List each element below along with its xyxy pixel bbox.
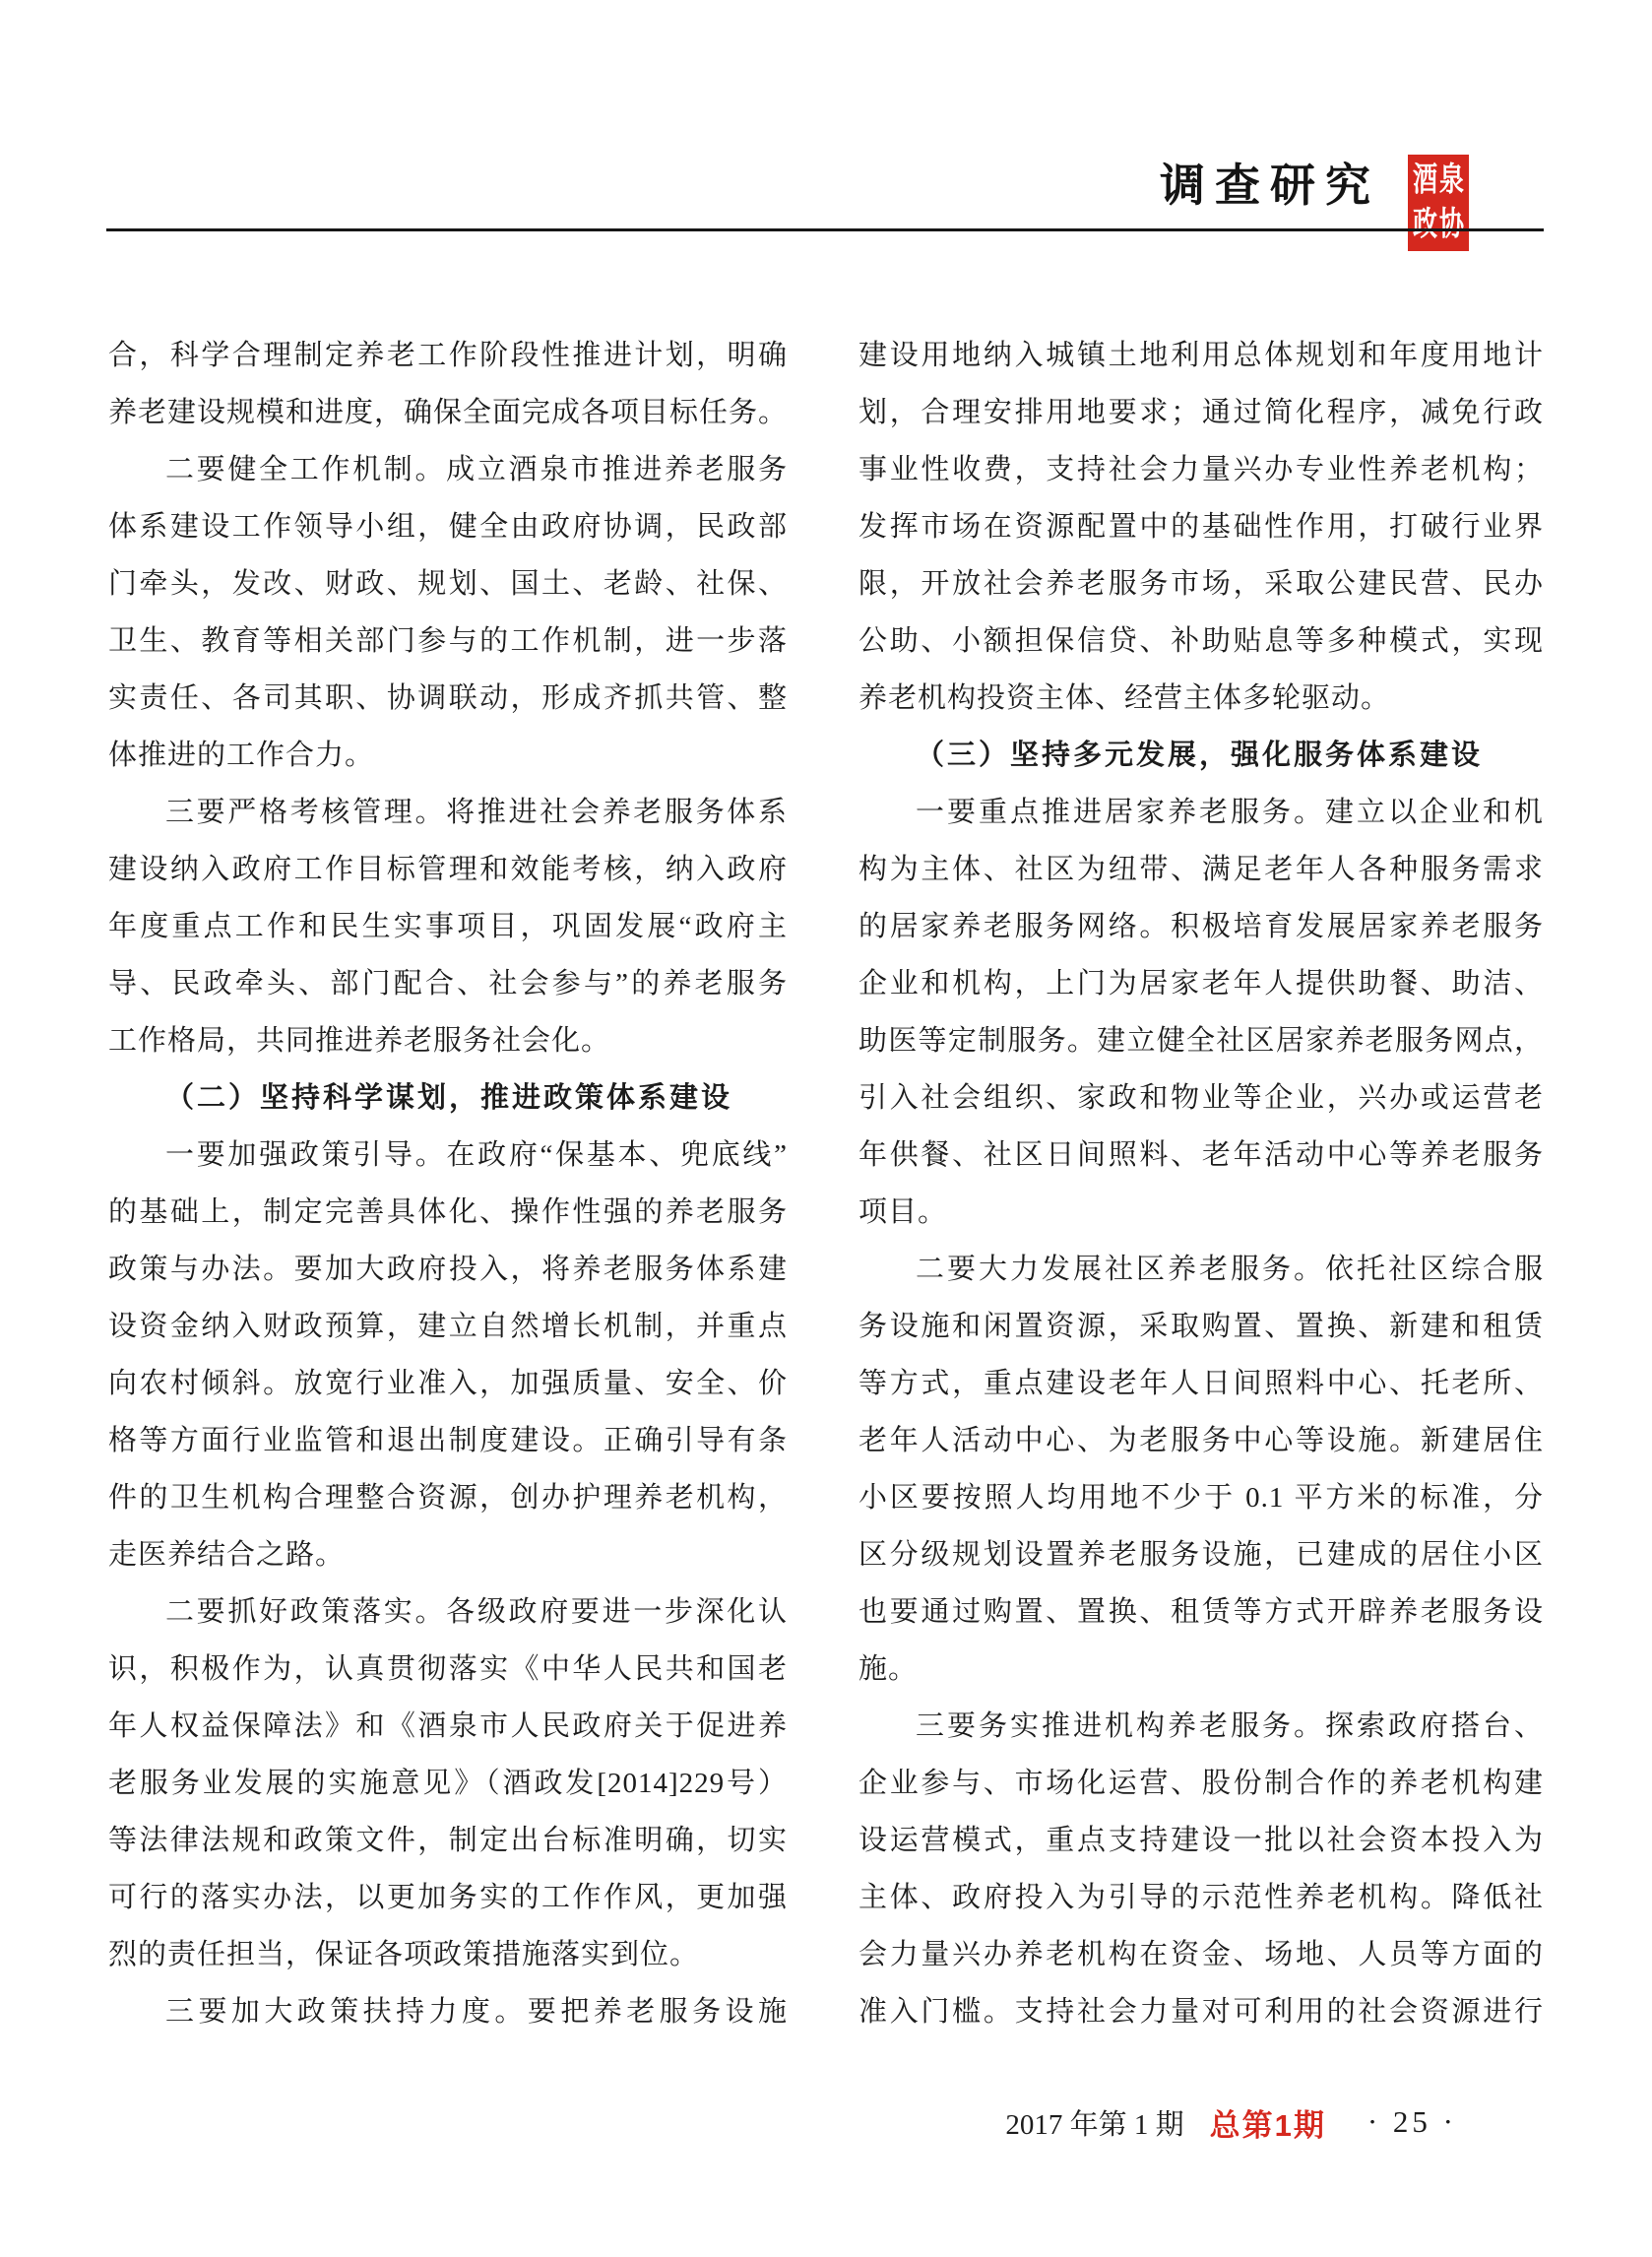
text-line: 三要加大政策扶持力度。要把养老服务设施 (108, 1983, 788, 2040)
text-line: 限，开放社会养老服务市场，采取公建民营、民办 (858, 555, 1544, 613)
text-line: 也要通过购置、置换、租赁等方式开辟养老服务设 (858, 1583, 1544, 1641)
text-line: 门牵头，发改、财政、规划、国土、老龄、社保、 (108, 555, 788, 613)
text-line: 三要严格考核管理。将推进社会养老服务体系 (108, 784, 788, 841)
text-line: 会力量兴办养老机构在资金、场地、人员等方面的 (858, 1926, 1544, 1983)
text-line: 发挥市场在资源配置中的基础性作用，打破行业界 (858, 498, 1544, 555)
text-line: 二要健全工作机制。成立酒泉市推进养老服务 (108, 441, 788, 498)
header-divider-line (106, 228, 1544, 231)
text-line: 企业和机构，上门为居家老年人提供助餐、助洁、 (858, 955, 1544, 1012)
text-line: 三要务实推进机构养老服务。探索政府搭台、 (858, 1698, 1544, 1755)
journal-seal: 酒泉政协 (1408, 155, 1469, 251)
text-line: 设运营模式，重点支持建设一批以社会资本投入为 (858, 1812, 1544, 1869)
text-line: 建设用地纳入城镇土地利用总体规划和年度用地计 (858, 327, 1544, 384)
text-line: 构为主体、社区为纽带、满足老年人各种服务需求 (858, 841, 1544, 898)
text-line: 体系建设工作领导小组，健全由政府协调，民政部 (108, 498, 788, 555)
text-line: 划，合理安排用地要求；通过简化程序，减免行政 (858, 384, 1544, 441)
text-line: 一要重点推进居家养老服务。建立以企业和机 (858, 784, 1544, 841)
text-line: 年供餐、社区日间照料、老年活动中心等养老服务 (858, 1127, 1544, 1184)
text-line: 二要大力发展社区养老服务。依托社区综合服 (858, 1241, 1544, 1298)
subsection-heading: （二）坚持科学谋划，推进政策体系建设 (108, 1069, 788, 1127)
seal-character: 酒 (1413, 164, 1437, 198)
page-number: · 25 · (1367, 2104, 1457, 2140)
issue-label: 2017 年第 1 期 (1005, 2102, 1183, 2143)
text-line: 项目。 (858, 1184, 1544, 1241)
text-line: 准入门槛。支持社会力量对可利用的社会资源进行 (858, 1983, 1544, 2040)
text-line: 的居家养老服务网络。积极培育发展居家养老服务 (858, 898, 1544, 955)
text-line: 政策与办法。要加大政府投入，将养老服务体系建 (108, 1241, 788, 1298)
text-line: 助医等定制服务。建立健全社区居家养老服务网点， (858, 1012, 1544, 1069)
text-line: 老年人活动中心、为老服务中心等设施。新建居住 (858, 1412, 1544, 1469)
text-line: 格等方面行业监管和退出制度建设。正确引导有条 (108, 1412, 788, 1469)
text-line: 工作格局，共同推进养老服务社会化。 (108, 1012, 788, 1069)
text-line: 施。 (858, 1641, 1544, 1698)
text-line: 养老建设规模和进度，确保全面完成各项目标任务。 (108, 384, 788, 441)
text-line: 务设施和闲置资源，采取购置、置换、新建和租赁 (858, 1298, 1544, 1355)
text-line: 识，积极作为，认真贯彻落实《中华人民共和国老 (108, 1641, 788, 1698)
text-line: 件的卫生机构合理整合资源，创办护理养老机构， (108, 1469, 788, 1526)
seal-character: 协 (1439, 209, 1464, 242)
text-line: 可行的落实办法，以更加务实的工作作风，更加强 (108, 1869, 788, 1926)
text-line: 导、民政牵头、部门配合、社会参与”的养老服务 (108, 955, 788, 1012)
text-line: 小区要按照人均用地不少于 0.1 平方米的标准，分 (858, 1469, 1544, 1526)
text-line: 年度重点工作和民生实事项目，巩固发展“政府主 (108, 898, 788, 955)
seal-character: 泉 (1439, 164, 1464, 198)
text-line: 主体、政府投入为引导的示范性养老机构。降低社 (858, 1869, 1544, 1926)
text-line: 引入社会组织、家政和物业等企业，兴办或运营老 (858, 1069, 1544, 1127)
page-header: 调查研究 酒泉政协 (1160, 155, 1469, 251)
text-line: 企业参与、市场化运营、股份制合作的养老机构建 (858, 1755, 1544, 1812)
section-title: 调查研究 (1160, 162, 1380, 208)
text-line: 合，科学合理制定养老工作阶段性推进计划，明确 (108, 327, 788, 384)
text-line: 设资金纳入财政预算，建立自然增长机制，并重点 (108, 1298, 788, 1355)
text-line: 公助、小额担保信贷、补助贴息等多种模式，实现 (858, 613, 1544, 670)
text-line: 卫生、教育等相关部门参与的工作机制，进一步落 (108, 613, 788, 670)
text-line: 建设纳入政府工作目标管理和效能考核，纳入政府 (108, 841, 788, 898)
page-footer: 2017 年第 1 期 总第1期 · 25 · (1005, 2101, 1457, 2143)
text-line: 实责任、各司其职、协调联动，形成齐抓共管、整 (108, 670, 788, 727)
seal-character: 政 (1413, 209, 1437, 242)
text-line: 养老机构投资主体、经营主体多轮驱动。 (858, 670, 1544, 727)
overall-issue-label: 总第1期 (1210, 2100, 1326, 2145)
text-line: 的基础上，制定完善具体化、操作性强的养老服务 (108, 1184, 788, 1241)
text-line: 二要抓好政策落实。各级政府要进一步深化认 (108, 1583, 788, 1641)
text-line: 等方式，重点建设老年人日间照料中心、托老所、 (858, 1355, 1544, 1412)
text-line: 年人权益保障法》和《酒泉市人民政府关于促进养 (108, 1698, 788, 1755)
text-line: 走医养结合之路。 (108, 1526, 788, 1583)
text-column-right: 建设用地纳入城镇土地利用总体规划和年度用地计划，合理安排用地要求；通过简化程序，… (858, 327, 1544, 2040)
text-line: 向农村倾斜。放宽行业准入，加强质量、安全、价 (108, 1355, 788, 1412)
text-line: 一要加强政策引导。在政府“保基本、兜底线” (108, 1127, 788, 1184)
text-line: 事业性收费，支持社会力量兴办专业性养老机构； (858, 441, 1544, 498)
text-line: 区分级规划设置养老服务设施，已建成的居住小区 (858, 1526, 1544, 1583)
text-line: 体推进的工作合力。 (108, 727, 788, 784)
text-line: 等法律法规和政策文件，制定出台标准明确，切实 (108, 1812, 788, 1869)
text-line: 烈的责任担当，保证各项政策措施落实到位。 (108, 1926, 788, 1983)
text-column-left: 合，科学合理制定养老工作阶段性推进计划，明确养老建设规模和进度，确保全面完成各项… (108, 327, 788, 2040)
subsection-heading: （三）坚持多元发展，强化服务体系建设 (858, 727, 1544, 784)
journal-page: 调查研究 酒泉政协 合，科学合理制定养老工作阶段性推进计划，明确养老建设规模和进… (0, 0, 1652, 2257)
text-line: 老服务业发展的实施意见》（酒政发[2014]229号） (108, 1755, 788, 1812)
